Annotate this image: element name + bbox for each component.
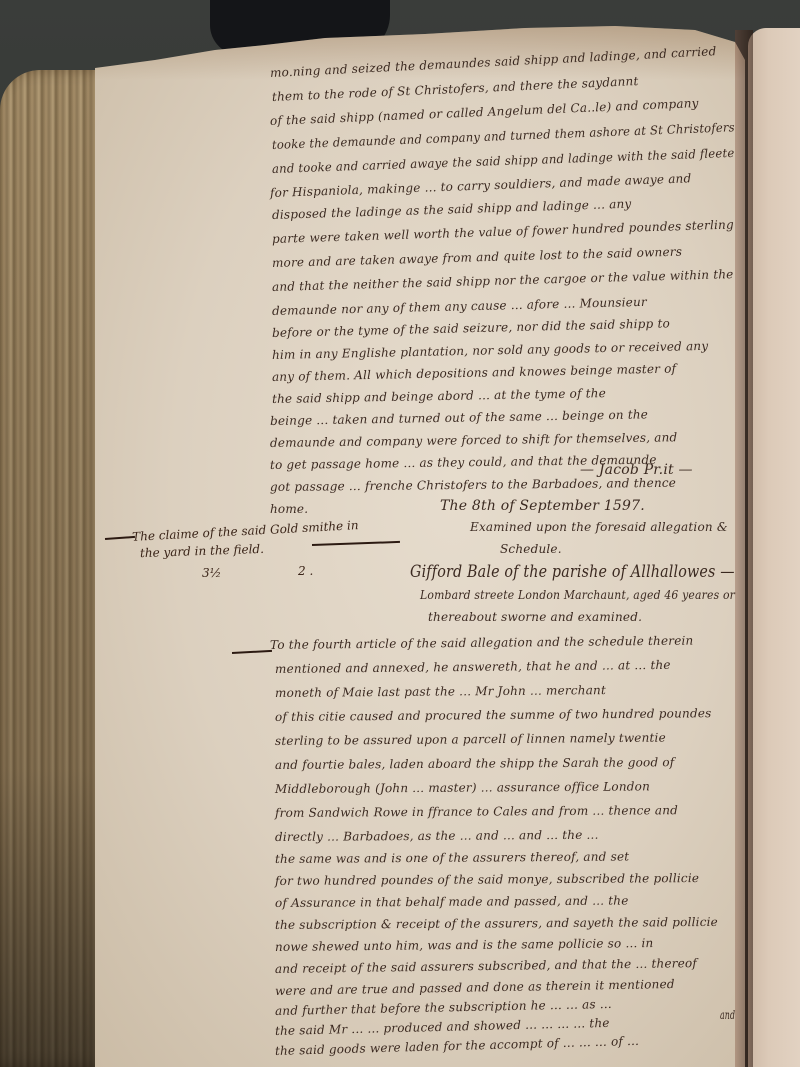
catchword: and <box>720 1008 735 1022</box>
text-line: of Assurance in that behalf made and pas… <box>275 894 629 910</box>
text-line: moneth of Maie last past the ... Mr John… <box>275 683 606 700</box>
facing-page <box>748 28 800 1067</box>
book-fore-edge <box>0 70 108 1067</box>
text-line: and fourtie bales, laden aboard the ship… <box>275 755 675 772</box>
text-line: the same was and is one of the assurers … <box>275 850 629 866</box>
schedule-word: Schedule. <box>500 542 562 556</box>
text-line: Middleborough (John ... master) ... assu… <box>275 779 650 796</box>
text-line: home. <box>270 502 308 516</box>
deponent-name-line: Gifford Bale of the parishe of Allhallow… <box>410 562 735 582</box>
date-line: The 8th of September 1597. <box>440 498 645 514</box>
signature-jacob: — Jacob Pr.it — <box>580 462 693 478</box>
text-line: from Sandwich Rowe in ffrance to Cales a… <box>275 803 678 820</box>
examined-line: Examined upon the foresaid allegation & <box>470 520 728 534</box>
folio-mark-right: 2 . <box>298 564 313 578</box>
folio-mark-left: 3½ <box>202 566 221 580</box>
text-line: directly ... Barbadoes, as the ... and .… <box>275 828 599 844</box>
deponent-detail-line: Lombard streete London Marchaunt, aged 4… <box>420 588 735 602</box>
text-line: for two hundred poundes of the said mony… <box>275 871 699 888</box>
deponent-sworn-line: thereabout sworne and examined. <box>428 610 642 624</box>
book-gutter <box>735 30 753 1067</box>
